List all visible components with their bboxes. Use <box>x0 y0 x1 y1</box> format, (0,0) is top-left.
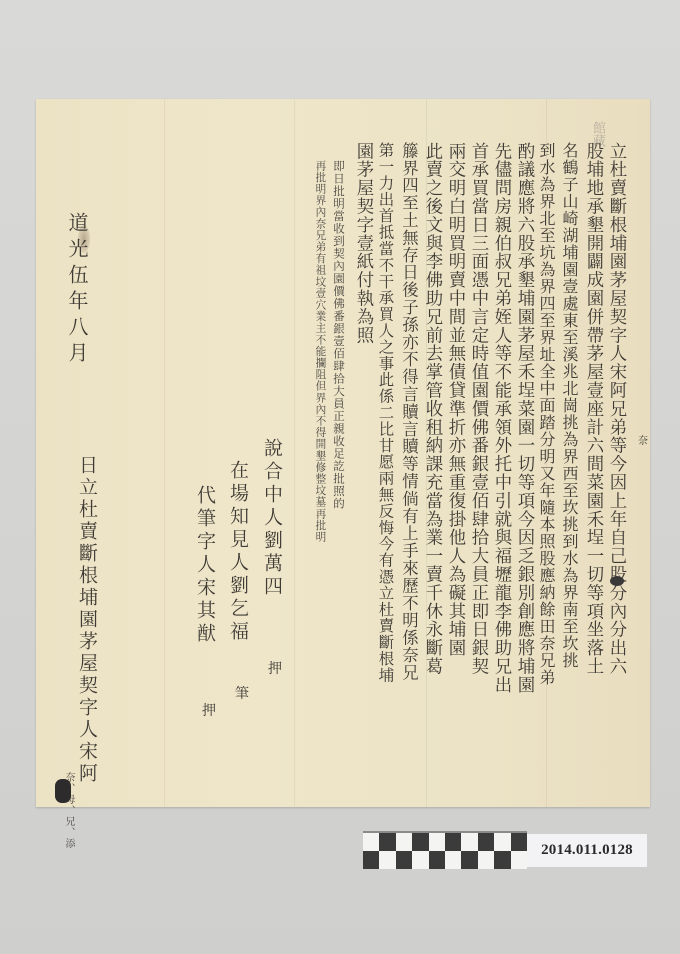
checker-cell <box>412 833 428 851</box>
deed-body-column-9: 此賣之後文與李佛助兄前去掌管收租納課充當為業一賣千休永斷葛 <box>421 142 443 676</box>
witness-present-name: 在場知見人劉乞福 <box>227 460 249 644</box>
checker-cell <box>478 833 494 851</box>
witness-present: 在場知見人劉乞福 <box>226 460 250 644</box>
accession-number-label: 2014.011.0128 <box>527 834 647 867</box>
checker-cell <box>363 851 379 869</box>
checker-cell <box>494 833 510 851</box>
deed-body-column-1: 立杜賣斷根埔園茅屋契字人宋阿兄弟等今因上年自己股分內分出六 <box>605 142 627 676</box>
witness-present-mark: 筆 <box>235 683 249 703</box>
checker-cell <box>396 833 412 851</box>
deed-closing-line: 日立杜賣斷根埔園茅屋契字人宋阿 <box>75 455 99 785</box>
checker-cell <box>379 833 395 851</box>
paper-fold-line <box>294 99 295 807</box>
deed-body-column-8: 兩交明白明買明賣中間並無債貸準折亦無重復掛他人為礙其埔園 <box>444 142 466 657</box>
checker-cell <box>412 851 428 869</box>
checker-cell <box>494 851 510 869</box>
checker-cell <box>511 833 527 851</box>
deed-body-column-10: 籐界四至土無存日後子孫亦不得言贖言贖等情倘有上手來歷不明係奈兄 <box>398 142 419 681</box>
deed-body-column-12: 園茅屋契字壹紙付執為照 <box>352 142 374 344</box>
checker-cell <box>445 833 461 851</box>
deed-date: 道光伍年八月 <box>65 212 89 368</box>
checker-cell <box>511 851 527 869</box>
deed-body-column-6: 先儘問房親伯叔兄弟姪人等不能承領外托中引就與福壢龍李佛助兄出 <box>490 142 512 694</box>
checker-cell <box>363 833 379 851</box>
ink-blot <box>610 576 624 586</box>
deed-body-column-11: 第一力出首抵當不干承買人之事此係二比甘愿兩無反悔今有憑立杜賣斷根埔 <box>375 142 395 683</box>
checker-cell <box>445 851 461 869</box>
ink-seal-mark <box>55 779 71 803</box>
deed-body-column-2: 股埔地承墾開闢成園併帶茅屋壹座計六間菜園禾埕一切等項坐落土 <box>582 142 604 676</box>
checker-cell <box>461 851 477 869</box>
witness-mediator: 說合中人劉萬四 <box>260 438 284 599</box>
checker-cell <box>379 851 395 869</box>
checker-cell <box>429 851 445 869</box>
witness-mediator-name: 說合中人劉萬四 <box>261 438 283 599</box>
witness-scribe: 代筆字人宋其猷 <box>193 485 217 646</box>
checker-cell <box>461 833 477 851</box>
deed-body-column-3: 名鶴子山崎湖埔園壹處東至溪兆北崗挑為界西至坎挑到水為界南至坎挑 <box>559 142 579 669</box>
deed-body-column-5: 酌議應將六股承墾埔園茅屋禾埕菜園一切等項今因乏銀別創應將埔園 <box>513 142 535 694</box>
witness-mediator-mark: 押 <box>268 658 282 678</box>
marginal-note: 奈 <box>638 432 648 447</box>
annotation-column-receipt: 即日批明當收到契內園價佛番銀壹佰肆拾大員正親收足訖批照的 <box>332 160 345 510</box>
paper-fold-line <box>164 99 165 807</box>
deed-body-column-4: 到水為界北至坑為界四至界址全中面踏分明又年隨本照股應納餘田奈兄弟 <box>536 142 556 686</box>
deed-body-column-7: 首承買當日三面憑中言定時值園價佛番銀壹佰肆拾大員正即日銀契 <box>467 142 489 676</box>
checker-cell <box>478 851 494 869</box>
witness-scribe-mark: 押 <box>202 700 216 720</box>
checker-cell <box>396 851 412 869</box>
witness-scribe-name: 代筆字人宋其猷 <box>194 485 216 646</box>
annotation-column-grave-clause: 再批明界內奈兄弟有祖坟壹穴業主不能攔阻但界內不得開墾修整坟墓再批明 <box>314 160 326 543</box>
checker-cell <box>429 833 445 851</box>
calibration-checker-strip <box>363 831 527 869</box>
